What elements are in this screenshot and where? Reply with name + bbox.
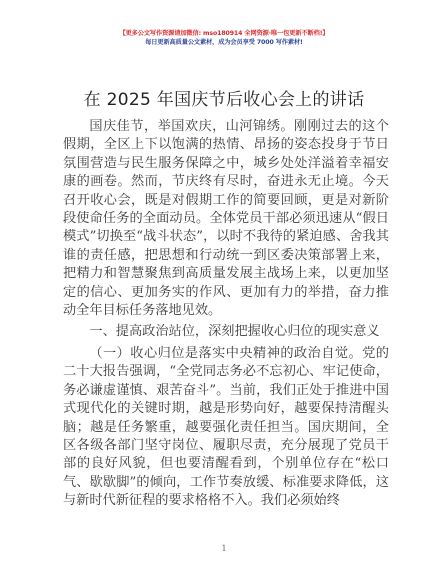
document-body: 国庆佳节，举国欢庆，山河锦绣。刚刚过去的这个假期，全区上下以饱满的热情、昂扬的姿…	[63, 118, 389, 511]
promo-banner-line-2: 每日更新高质量公文素材，成为会员享受 7000 写作素材!	[0, 39, 448, 47]
document-page: 【更多公文写作资源请加微信: mso180914 全网资源·唯一包更新不断档!】…	[0, 0, 448, 580]
intro-paragraph: 国庆佳节，举国欢庆，山河锦绣。刚刚过去的这个假期，全区上下以饱满的热情、昂扬的姿…	[63, 118, 389, 320]
section-heading-1: 一、提高政治站位，深刻把握收心归位的现实意义	[63, 323, 389, 341]
promo-banner-line-1: 【更多公文写作资源请加微信: mso180914 全网资源·唯一包更新不断档!】	[0, 30, 448, 38]
subsection-paragraph-1: （一）收心归位是落实中央精神的政治自觉。党的二十大报告强调，“全党同志务必不忘初…	[63, 345, 389, 511]
page-number: 1	[0, 544, 448, 553]
document-title: 在 2025 年国庆节后收心会上的讲话	[0, 89, 448, 111]
